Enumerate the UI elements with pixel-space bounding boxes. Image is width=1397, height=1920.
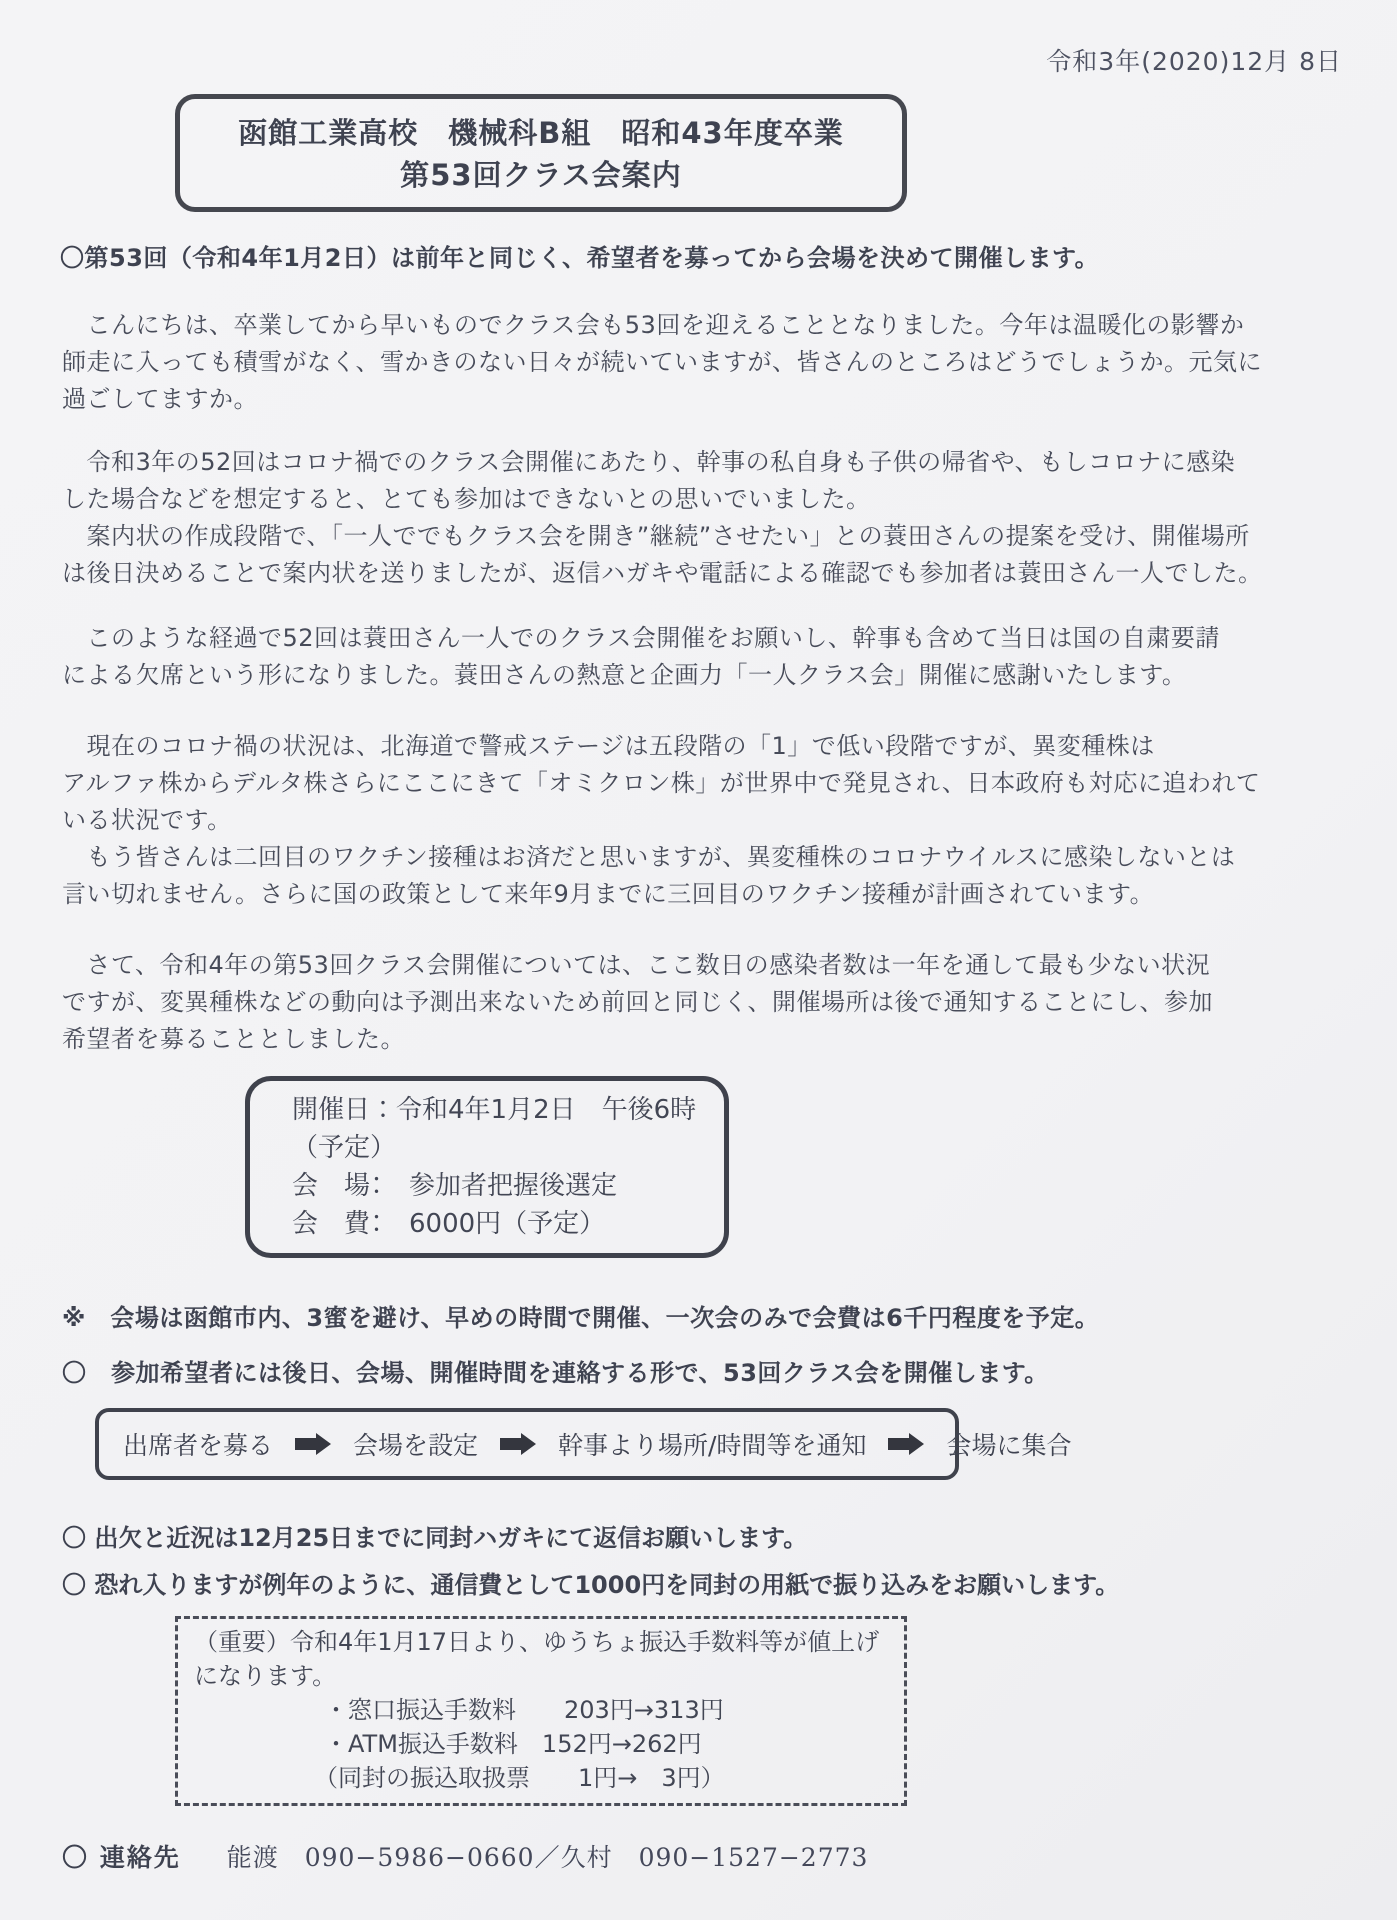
important-counter-fee: ・窓口振込手数料 203円→313円 bbox=[194, 1693, 888, 1727]
paragraph-covid-status: 現在のコロナ禍の状況は、北海道で警戒ステージは五段階の「1」で低い段階ですが、異… bbox=[62, 728, 1357, 913]
reply-deadline-note: 〇 出欠と近況は12月25日までに同封ハガキにて返信お願いします。 bbox=[62, 1518, 1357, 1553]
venue-note: ※ 会場は函館市内、3蜜を避け、早めの時間で開催、一次会のみで会費は6千円程度を… bbox=[62, 1298, 1357, 1333]
paragraph-52nd-meeting: 令和3年の52回はコロナ禍でのクラス会開催にあたり、幹事の私自身も子供の帰省や、… bbox=[62, 444, 1357, 592]
paragraph-line: さて、令和4年の第53回クラス会開催については、ここ数日の感染者数は一年を通して… bbox=[62, 947, 1357, 984]
paragraph-line: は後日決めることで案内状を送りましたが、返信ハガキや電話による確認でも参加者は蓑… bbox=[62, 555, 1357, 592]
flow-step-recruit: 出席者を募る bbox=[123, 1426, 273, 1462]
paragraph-53rd-plan: さて、令和4年の第53回クラス会開催については、ここ数日の感染者数は一年を通して… bbox=[62, 947, 1357, 1058]
title-line-1: 函館工業高校 機械科B組 昭和43年度卒業 bbox=[190, 112, 892, 154]
paragraph-line: アルファ株からデルタ株さらにここにきて「オミクロン株」が世界中で発見され、日本政… bbox=[62, 765, 1357, 802]
paragraph-line: 案内状の作成段階で、「一人ででもクラス会を開き”継続”させたい」との蓑田さんの提… bbox=[62, 518, 1357, 555]
contact-label: 〇 連絡先 bbox=[62, 1838, 181, 1874]
title-line-2: 第53回クラス会案内 bbox=[190, 154, 892, 196]
paragraph-line: 現在のコロナ禍の状況は、北海道で警戒ステージは五段階の「1」で低い段階ですが、異… bbox=[62, 728, 1357, 765]
transfer-fee-note: 〇 恐れ入りますが例年のように、通信費として1000円を同封の用紙で振り込みをお… bbox=[62, 1565, 1357, 1600]
contact-phones: 能渡 090−5986−0660／久村 090−1527−2773 bbox=[227, 1838, 869, 1874]
paragraph-line: 令和3年の52回はコロナ禍でのクラス会開催にあたり、幹事の私自身も子供の帰省や、… bbox=[62, 444, 1357, 481]
process-flow-box: 出席者を募る 会場を設定 幹事より場所/時間等を通知 会場に集合 bbox=[95, 1408, 959, 1480]
title-box: 函館工業高校 機械科B組 昭和43年度卒業 第53回クラス会案内 bbox=[175, 94, 907, 212]
event-details-box: 開催日：令和4年1月2日 午後6時（予定） 会 場： 参加者把握後選定 会 費：… bbox=[245, 1076, 729, 1258]
paragraph-line: 過ごしてますか。 bbox=[62, 381, 1357, 418]
paragraph-line: した場合などを想定すると、とても参加はできないとの思いでいました。 bbox=[62, 481, 1357, 518]
paragraph-line: このような経過で52回は蓑田さん一人でのクラス会開催をお願いし、幹事も含めて当日… bbox=[62, 620, 1357, 657]
paragraph-line: もう皆さんは二回目のワクチン接種はお済だと思いますが、異変種株のコロナウイルスに… bbox=[62, 839, 1357, 876]
participation-note: 〇 参加希望者には後日、会場、開催時間を連絡する形で、53回クラス会を開催します… bbox=[62, 1353, 1357, 1388]
flow-step-venue: 会場を設定 bbox=[353, 1426, 478, 1462]
scanned-letter-page: 令和3年(2020)12月 8日 函館工業高校 機械科B組 昭和43年度卒業 第… bbox=[0, 0, 1397, 1920]
document-date: 令和3年(2020)12月 8日 bbox=[0, 0, 1397, 78]
flow-step-gather: 会場に集合 bbox=[946, 1426, 1071, 1462]
paragraph-line: こんにちは、卒業してから早いものでクラス会も53回を迎えることとなりました。今年… bbox=[62, 307, 1357, 344]
paragraph-line: 言い切れません。さらに国の政策として来年9月までに三回目のワクチン接種が計画され… bbox=[62, 876, 1357, 913]
paragraph-line: いる状況です。 bbox=[62, 802, 1357, 839]
right-arrow-icon bbox=[295, 1438, 317, 1450]
right-arrow-icon bbox=[500, 1438, 522, 1450]
event-venue: 会 場： 参加者把握後選定 bbox=[292, 1167, 714, 1205]
important-slip-fee: （同封の振込取扱票 1円→ 3円） bbox=[194, 1761, 888, 1795]
paragraph-line: ですが、変異種株などの動向は予測出来ないため前回と同じく、開催場所は後で通知する… bbox=[62, 984, 1357, 1021]
contact-info: 〇 連絡先 能渡 090−5986−0660／久村 090−1527−2773 bbox=[62, 1838, 1357, 1874]
event-fee: 会 費： 6000円（予定） bbox=[292, 1205, 714, 1243]
right-arrow-icon bbox=[888, 1438, 910, 1450]
flow-step-notify: 幹事より場所/時間等を通知 bbox=[558, 1426, 866, 1462]
event-date: 開催日：令和4年1月2日 午後6時（予定） bbox=[292, 1091, 714, 1167]
paragraph-line: 師走に入っても積雪がなく、雪かきのない日々が続いていますが、皆さんのところはどう… bbox=[62, 344, 1357, 381]
important-atm-fee: ・ATM振込手数料 152円→262円 bbox=[194, 1727, 888, 1761]
important-fee-change-box: （重要）令和4年1月17日より、ゆうちょ振込手数料等が値上げになります。 ・窓口… bbox=[175, 1616, 907, 1806]
lead-statement: 〇第53回（令和4年1月2日）は前年と同じく、希望者を募ってから会場を決めて開催… bbox=[60, 238, 1357, 273]
important-heading: （重要）令和4年1月17日より、ゆうちょ振込手数料等が値上げになります。 bbox=[194, 1625, 888, 1693]
paragraph-thanks: このような経過で52回は蓑田さん一人でのクラス会開催をお願いし、幹事も含めて当日… bbox=[62, 620, 1357, 694]
paragraph-line: による欠席という形になりました。蓑田さんの熱意と企画力「一人クラス会」開催に感謝… bbox=[62, 657, 1357, 694]
paragraph-line: 希望者を募ることとしました。 bbox=[62, 1021, 1357, 1058]
paragraph-greeting: こんにちは、卒業してから早いものでクラス会も53回を迎えることとなりました。今年… bbox=[62, 307, 1357, 418]
